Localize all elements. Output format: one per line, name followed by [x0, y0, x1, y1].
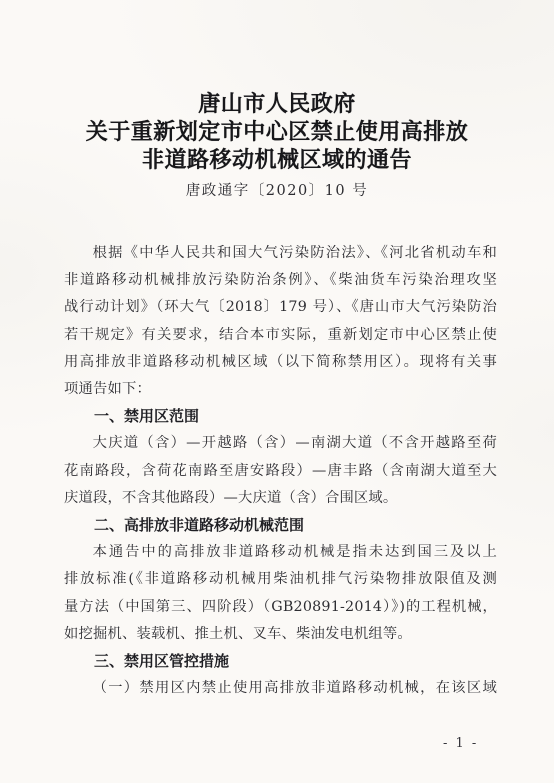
paragraph-line: 战行动计划》（环大气〔2018〕179 号）、《唐山市大气污染防治 — [64, 294, 497, 321]
paragraph-line: 量方法（中国第三、四阶段）（GB20891-2014）》)的工程机械， — [64, 594, 497, 621]
scanned-notice-page: 唐山市人民政府 关于重新划定市中心区禁止使用高排放 非道路移动机械区域的通告 唐… — [0, 0, 554, 783]
paragraph-line: 本通告中的高排放非道路移动机械是指未达到国三及以上 — [64, 539, 497, 566]
paragraph-line: 非道路移动机械排放污染防治条例》、《柴油货车污染治理攻坚 — [64, 267, 497, 294]
paragraph-line: 如挖掘机、装载机、推土机、叉车、柴油发电机组等。 — [64, 621, 497, 648]
document-issuer: 唐山市人民政府 — [0, 90, 554, 118]
section-heading: 二、高排放非道路移动机械范围 — [64, 512, 497, 539]
paragraph-line: 根据《中华人民共和国大气污染防治法》、《河北省机动车和 — [64, 240, 497, 267]
paragraph-line: 大庆道（含）—开越路（含）—南湖大道（不含开越路至荷 — [64, 430, 497, 457]
document-number: 唐政通字〔2020〕10 号 — [0, 181, 554, 201]
paragraph-line: 排放标准(《非道路移动机械用柴油机排气污染物排放限值及测 — [64, 566, 497, 593]
paragraph-line: 庆道段，不含其他路段）—大庆道（含）合围区域。 — [64, 485, 497, 512]
section-heading: 一、禁用区范围 — [64, 403, 497, 430]
paragraph-line: 花南路段，含荷花南路至唐安路段）—唐丰路（含南湖大道至大 — [64, 458, 497, 485]
page-number: - 1 - — [443, 736, 478, 751]
document-title-line-2: 非道路移动机械区域的通告 — [0, 146, 554, 174]
paragraph-line: 用高排放非道路移动机械区域（以下简称禁用区）。现将有关事 — [64, 349, 497, 376]
paragraph-line: 若干规定》有关要求，结合本市实际，重新划定市中心区禁止使 — [64, 322, 497, 349]
paragraph-line: （一）禁用区内禁止使用高排放非道路移动机械，在该区域 — [64, 675, 497, 702]
section-heading: 三、禁用区管控措施 — [64, 648, 497, 675]
paragraph-line: 项通告如下： — [64, 376, 497, 403]
document-body: 根据《中华人民共和国大气污染防治法》、《河北省机动车和非道路移动机械排放污染防治… — [64, 240, 497, 702]
document-title-line-1: 关于重新划定市中心区禁止使用高排放 — [0, 118, 554, 146]
document-header: 唐山市人民政府 关于重新划定市中心区禁止使用高排放 非道路移动机械区域的通告 唐… — [0, 90, 554, 201]
